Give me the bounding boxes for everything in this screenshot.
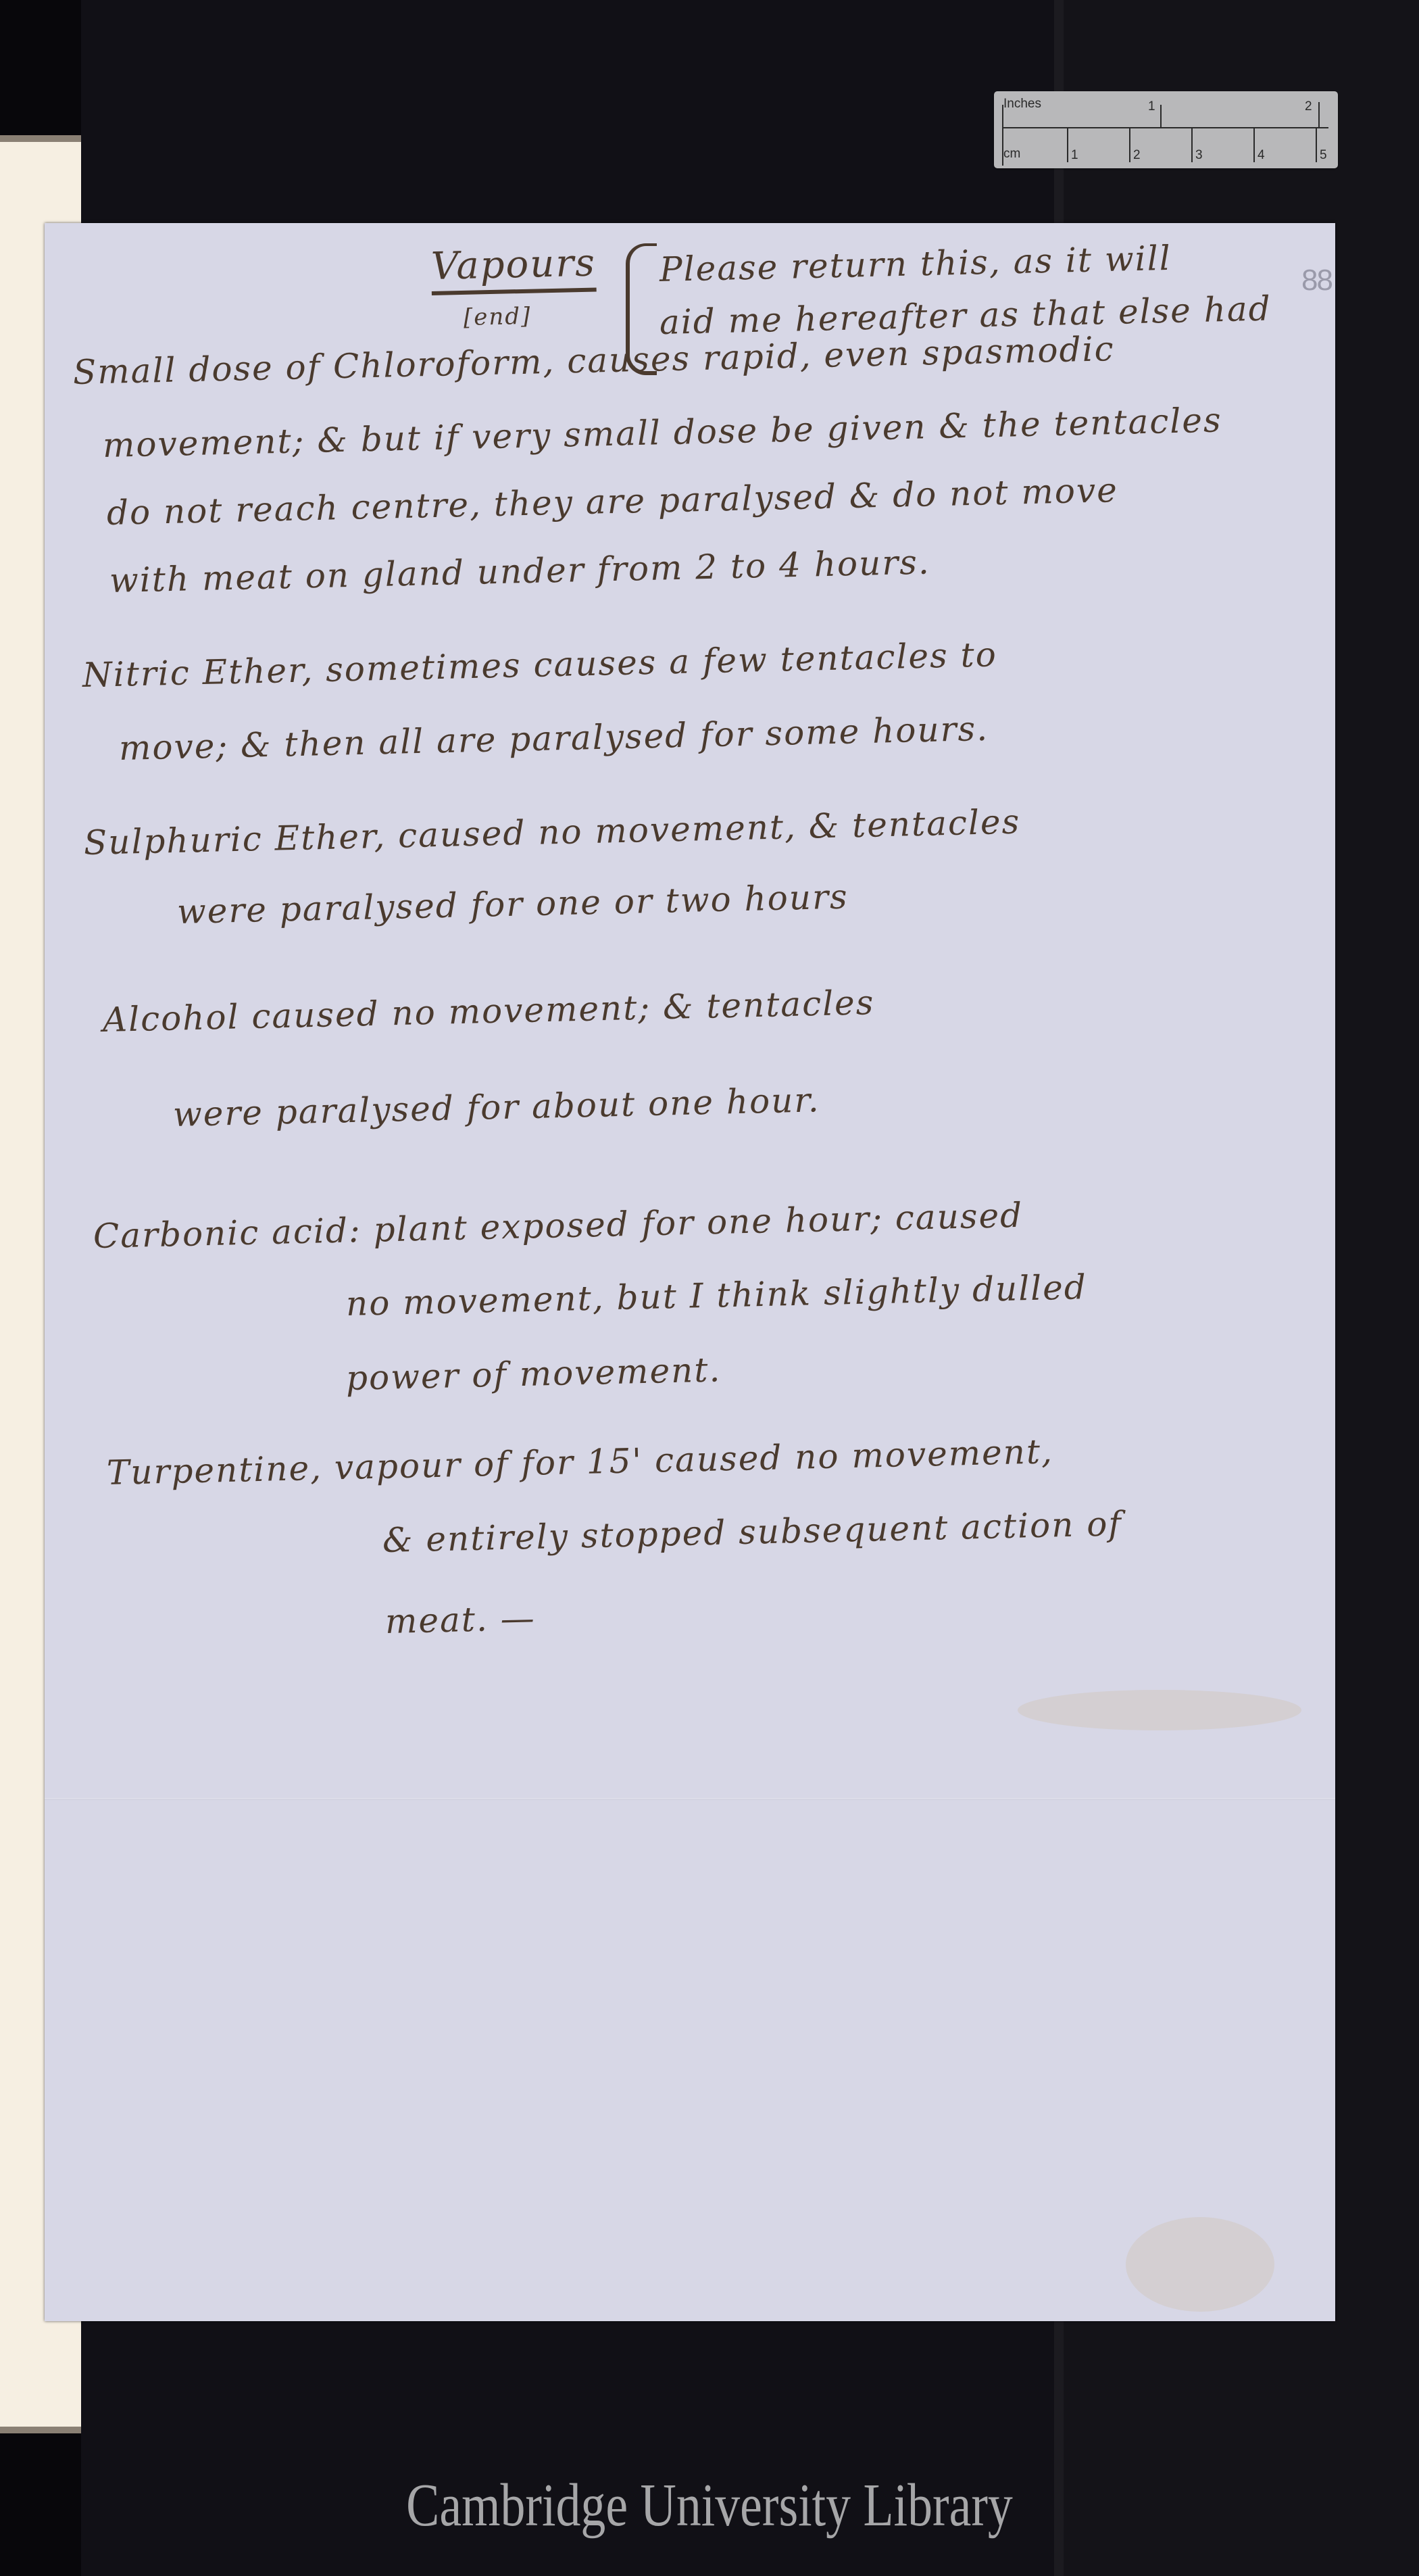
bracket-note-line-1: Please return this, as it will: [659, 239, 1172, 289]
scale-ruler: Inches cm 1 2 1 2 3 4 5: [994, 91, 1338, 168]
entry-sulphuric-ether-line-2: were paralysed for one or two hours: [176, 877, 849, 931]
folio-number: 88: [1301, 264, 1332, 297]
entry-chloroform-line-2: movement; & but if very small dose be gi…: [102, 400, 1222, 465]
ruler-tick: [1318, 102, 1320, 128]
ruler-cm-5: 5: [1320, 148, 1327, 163]
entry-turpentine-line-3: meat. —: [384, 1599, 536, 1641]
library-watermark: Cambridge University Library: [128, 2471, 1291, 2540]
ruler-cm-1: 1: [1071, 148, 1078, 163]
ruler-cm-2: 2: [1133, 148, 1141, 163]
ruler-inches-label: Inches: [1003, 97, 1041, 112]
foxing-stain: [1018, 1690, 1301, 1730]
ruler-inch-2: 2: [1305, 99, 1312, 114]
ruler-tick: [1160, 105, 1162, 128]
entry-turpentine-line-1: Turpentine, vapour of for 15' caused no …: [106, 1432, 1053, 1492]
manuscript-sheet: 88 Vapours [end] Please return this, as …: [45, 223, 1335, 2321]
entry-nitric-ether-line-1: Nitric Ether, sometimes causes a few ten…: [82, 635, 997, 695]
ruler-cm-3: 3: [1195, 148, 1203, 163]
entry-alcohol-line-1: Alcohol caused no movement; & tentacles: [102, 983, 875, 1040]
ruler-tick: [1067, 128, 1068, 162]
ruler-cm-4: 4: [1258, 148, 1265, 163]
entry-turpentine-line-2: & entirely stopped subsequent action of: [382, 1504, 1122, 1560]
ruler-tick: [1002, 105, 1003, 166]
heading-title: Vapours: [430, 241, 596, 289]
entry-carbonic-acid-line-3: power of movement.: [345, 1350, 722, 1398]
entry-chloroform-line-1: Small dose of Chloroform, causes rapid, …: [72, 329, 1115, 392]
ruler-inch-1: 1: [1148, 99, 1155, 114]
entry-nitric-ether-line-2: move; & then all are paralysed for some …: [118, 709, 989, 768]
entry-chloroform-line-4: with meat on gland under from 2 to 4 hou…: [109, 542, 930, 600]
ruler-tick: [1191, 128, 1193, 162]
entry-carbonic-acid-line-1: Carbonic acid: plant exposed for one hou…: [93, 1196, 1023, 1256]
entry-alcohol-line-2: were paralysed for about one hour.: [172, 1080, 820, 1134]
ruler-tick: [1129, 128, 1130, 162]
entry-sulphuric-ether-line-1: Sulphuric Ether, caused no movement, & t…: [83, 802, 1020, 862]
entry-chloroform-line-3: do not reach centre, they are paralysed …: [106, 470, 1118, 533]
ruler-tick: [1253, 128, 1255, 162]
heading-subtitle: [end]: [464, 303, 532, 331]
ruler-cm-label: cm: [1003, 147, 1020, 162]
entry-carbonic-acid-line-2: no movement, but I think slightly dulled: [345, 1267, 1087, 1323]
ruler-tick: [1316, 128, 1317, 162]
ruler-axis: [1002, 127, 1328, 128]
foxing-stain: [1126, 2217, 1274, 2312]
